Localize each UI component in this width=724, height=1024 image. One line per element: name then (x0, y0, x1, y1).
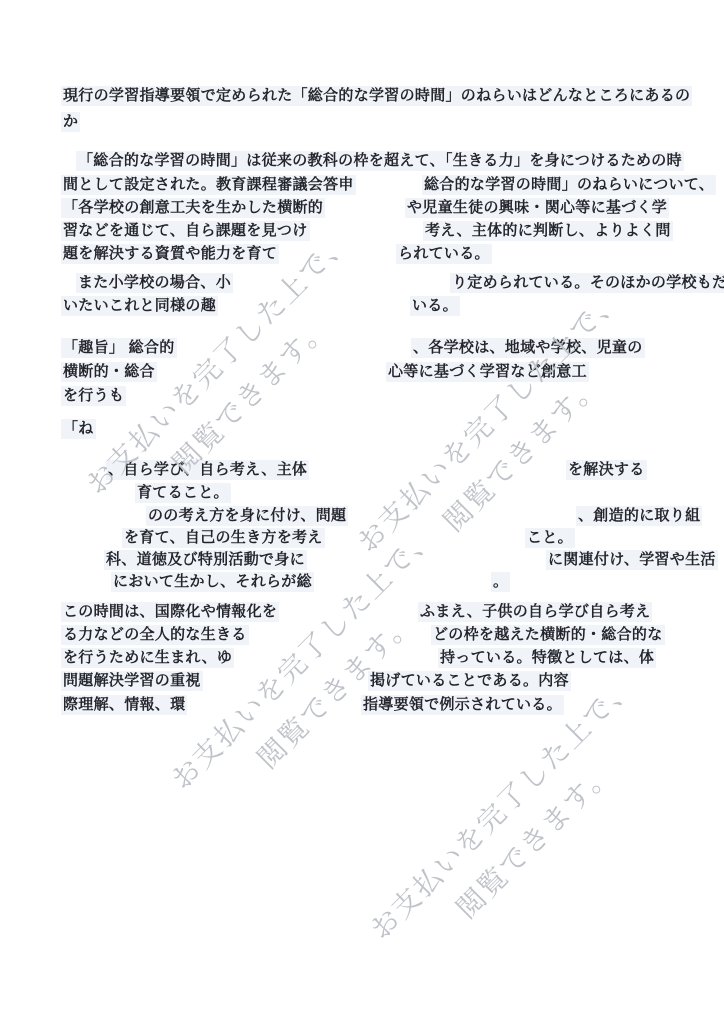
watermark-layer: お支払いを完了した上で、閲覧できます。お支払いを完了した上で、閲覧できます。お支… (0, 0, 724, 1024)
watermark-line1: お支払いを完了した上で、 (160, 514, 447, 801)
document-page: 現行の学習指導要領で定められた「総合的な学習の時間」のねらいはどんなところにある… (0, 0, 724, 1024)
watermark-stamp: お支払いを完了した上で、閲覧できます。 (346, 277, 665, 596)
watermark-line1: お支払いを完了した上で、 (359, 664, 646, 951)
watermark-line2: 閲覧できます。 (108, 252, 395, 539)
watermark-stamp: お支払いを完了した上で、閲覧できます。 (359, 664, 678, 983)
watermark-line1: お支払いを完了した上で、 (75, 219, 362, 506)
watermark-line2: 閲覧できます。 (392, 697, 679, 984)
watermark-line2: 閲覧できます。 (193, 547, 480, 834)
watermark-stamp: お支払いを完了した上で、閲覧できます。 (160, 514, 479, 833)
watermark-stamp: お支払いを完了した上で、閲覧できます。 (75, 219, 394, 538)
watermark-line2: 閲覧できます。 (379, 310, 666, 597)
watermark-line1: お支払いを完了した上で、 (346, 277, 633, 564)
